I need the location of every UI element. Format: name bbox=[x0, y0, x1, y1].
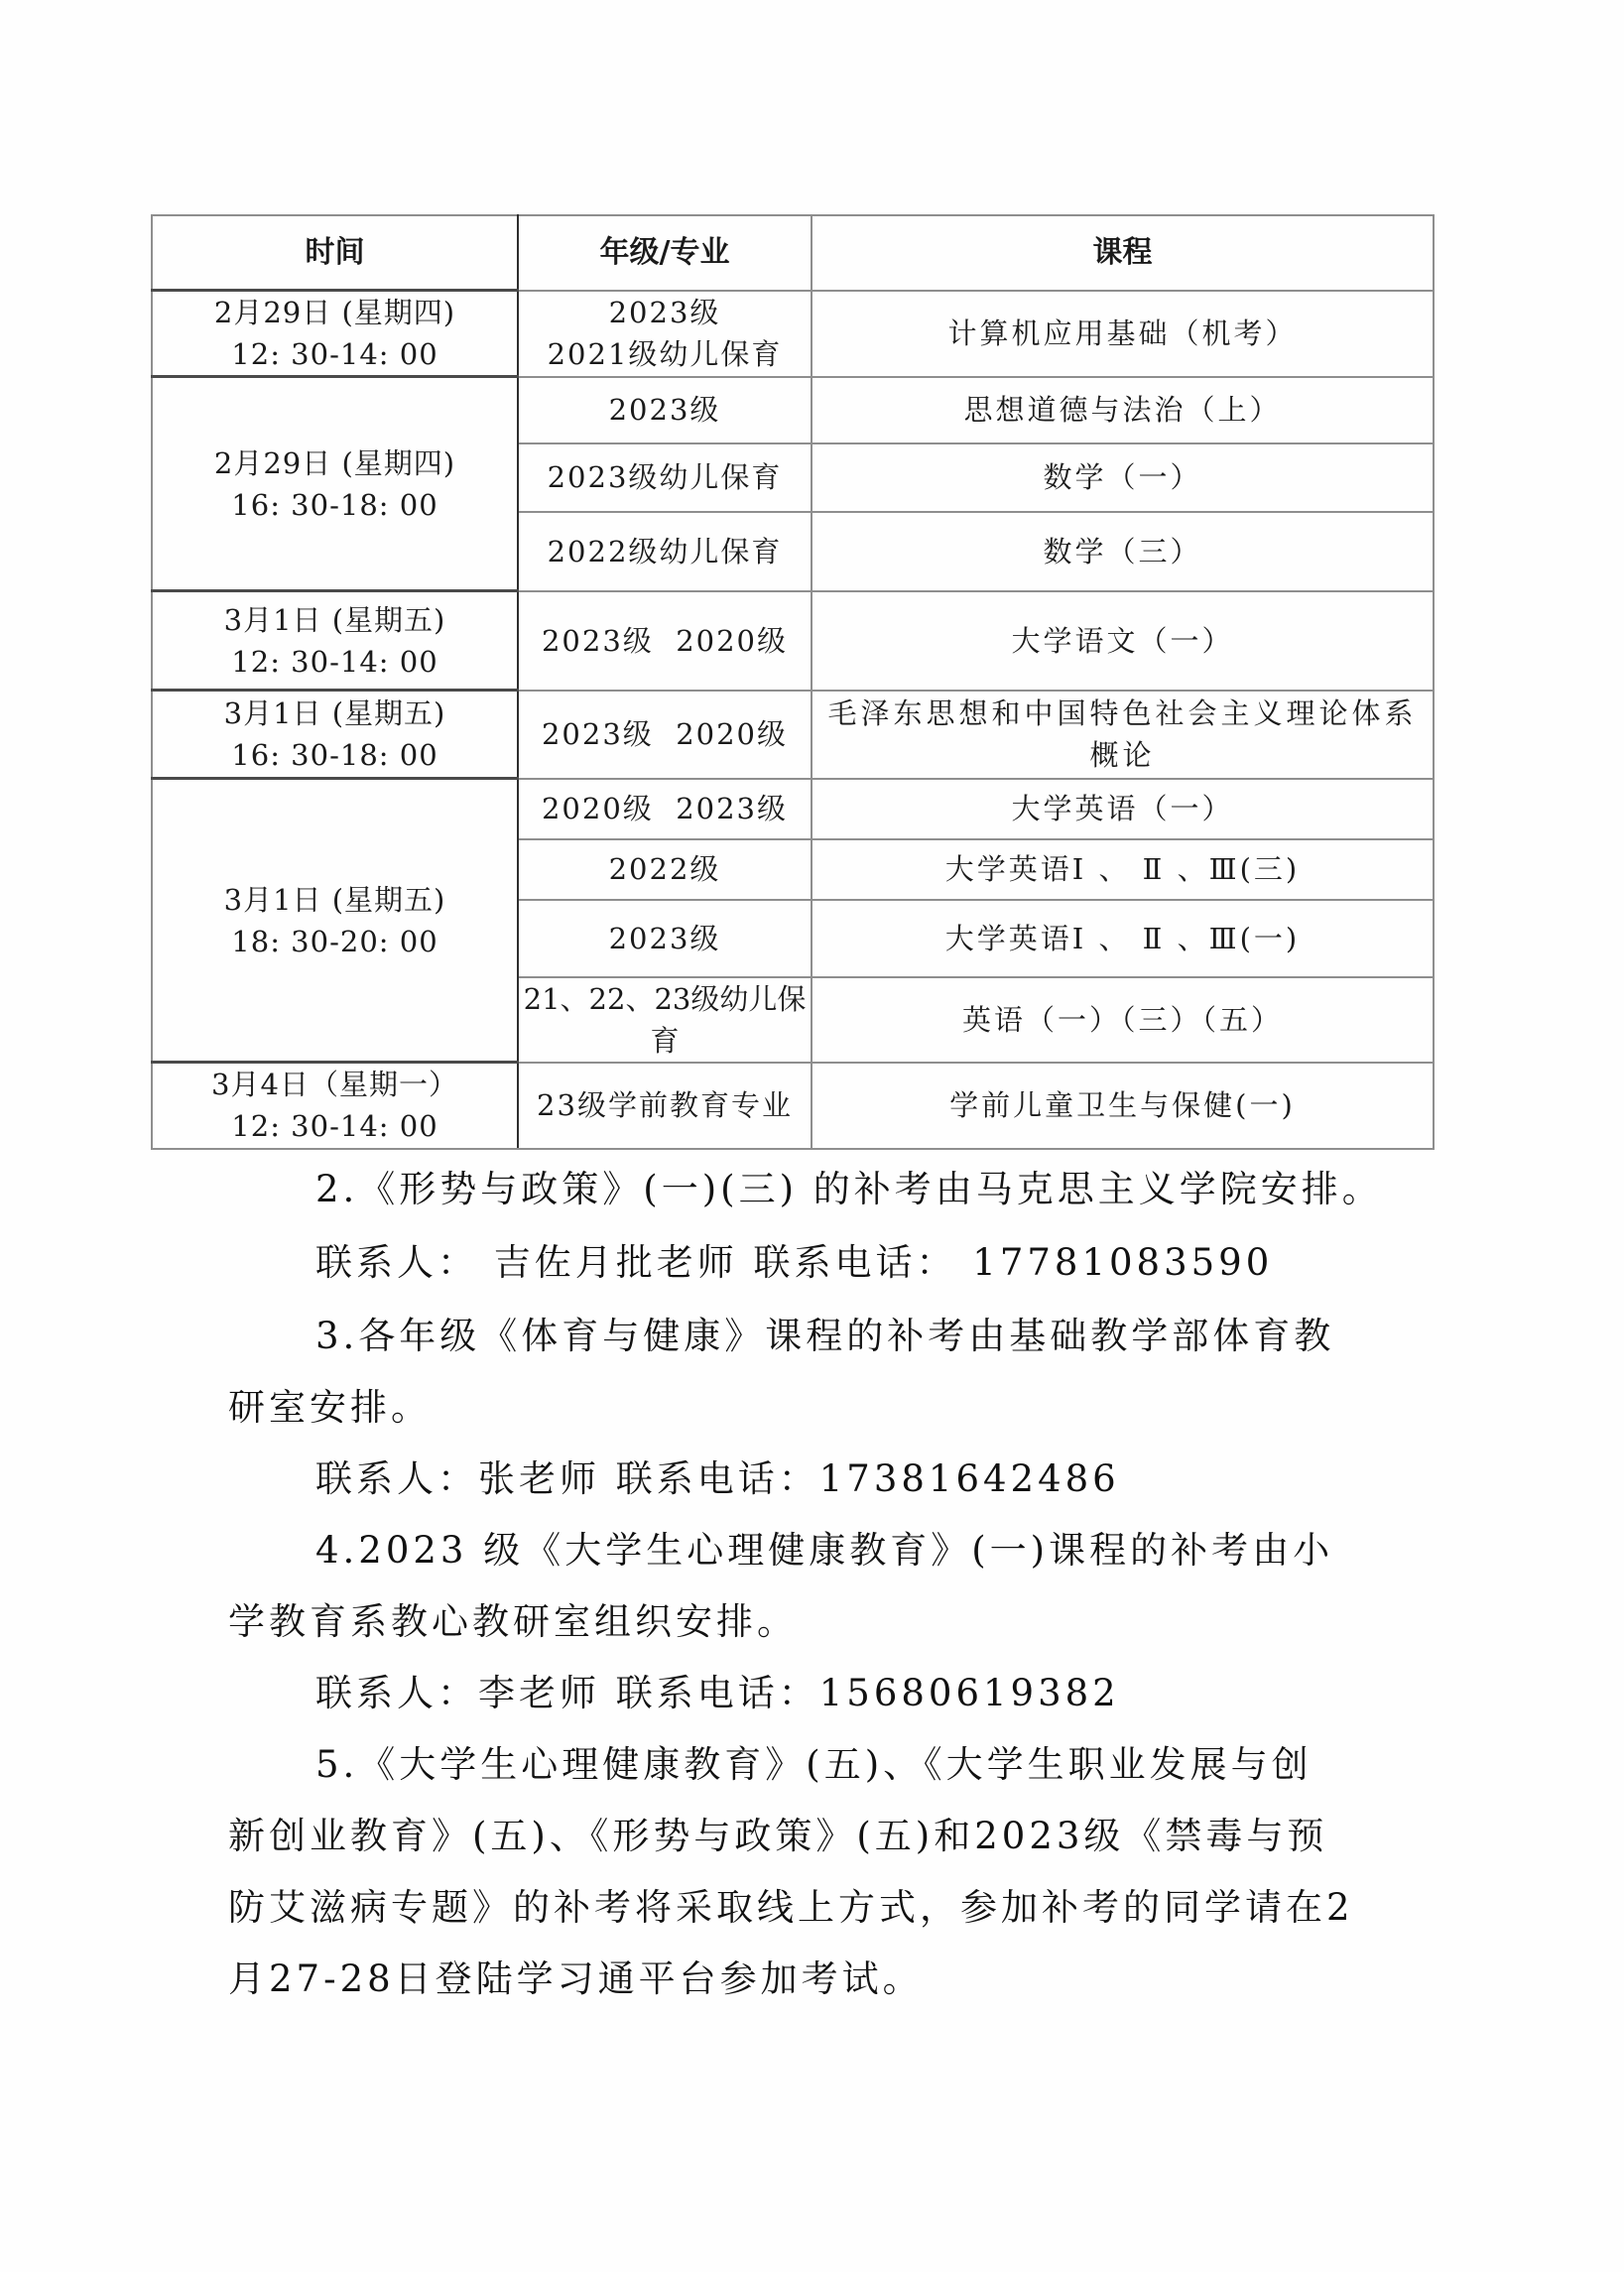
item-5-text-line2: 新创业教育》(五)、《形势与政策》(五)和2023级《禁毒与预 bbox=[228, 1806, 1327, 1859]
grade-cell: 2023级 bbox=[518, 900, 812, 977]
item-5-text-line1: 5.《大学生心理健康教育》(五)、《大学生职业发展与创 bbox=[315, 1734, 1312, 1788]
item-2-contact: 联系人： 吉佐月批老师 联系电话： 17781083590 bbox=[315, 1232, 1273, 1286]
table-header-row: 时间 年级/专业 课程 bbox=[152, 215, 1434, 291]
item-4-text-line2: 学教育系教心教研室组织安排。 bbox=[228, 1591, 798, 1645]
exam-time: 16: 30-18: 00 bbox=[157, 734, 513, 776]
exam-time: 16: 30-18: 00 bbox=[157, 484, 513, 526]
item-4-contact: 联系人：李老师 联系电话：15680619382 bbox=[315, 1663, 1120, 1716]
course-cell: 数学（一） bbox=[812, 443, 1434, 512]
grade-line: 2023级 bbox=[523, 292, 807, 333]
course-cell: 思想道德与法治（上） bbox=[812, 377, 1434, 443]
item-4-text-line1: 4.2023 级《大学生心理健康教育》(一)课程的补考由小 bbox=[315, 1520, 1333, 1574]
grade-cell: 2023级幼儿保育 bbox=[518, 443, 812, 512]
exam-date: 2月29日 (星期四) bbox=[157, 442, 513, 484]
course-cell: 大学英语Ⅰ 、 Ⅱ 、Ⅲ(一) bbox=[812, 900, 1434, 977]
grade-cell: 21、22、23级幼儿保育 bbox=[518, 977, 812, 1063]
item-3-text-line1: 3.各年级《体育与健康》课程的补考由基础教学部体育教 bbox=[315, 1306, 1334, 1359]
course-cell: 大学语文（一） bbox=[812, 591, 1434, 691]
time-cell: 3月1日 (星期五) 16: 30-18: 00 bbox=[152, 691, 518, 779]
course-cell: 计算机应用基础（机考） bbox=[812, 291, 1434, 377]
grade-cell: 23级学前教育专业 bbox=[518, 1063, 812, 1149]
course-line: 概论 bbox=[816, 734, 1429, 776]
time-cell: 2月29日 (星期四) 12: 30-14: 00 bbox=[152, 291, 518, 377]
exam-date: 3月1日 (星期五) bbox=[157, 693, 513, 734]
exam-time: 12: 30-14: 00 bbox=[157, 641, 513, 683]
course-cell: 毛泽东思想和中国特色社会主义理论体系 概论 bbox=[812, 691, 1434, 779]
course-cell: 学前儿童卫生与保健(一) bbox=[812, 1063, 1434, 1149]
grade-cell: 2022级 bbox=[518, 839, 812, 900]
item-3-text-line2: 研室安排。 bbox=[228, 1377, 432, 1431]
grade-cell: 2023级 bbox=[518, 377, 812, 443]
table-row: 3月4日（星期一） 12: 30-14: 00 23级学前教育专业 学前儿童卫生… bbox=[152, 1063, 1434, 1149]
grade-line: 2021级幼儿保育 bbox=[523, 333, 807, 375]
table-row: 2月29日 (星期四) 16: 30-18: 00 2023级 思想道德与法治（… bbox=[152, 377, 1434, 443]
exam-date: 3月1日 (星期五) bbox=[157, 879, 513, 921]
exam-date: 3月1日 (星期五) bbox=[157, 599, 513, 641]
course-cell: 大学英语Ⅰ 、 Ⅱ 、Ⅲ(三) bbox=[812, 839, 1434, 900]
document-page: 时间 年级/专业 课程 2月29日 (星期四) 12: 30-14: 00 20… bbox=[0, 0, 1624, 2272]
table-row: 2月29日 (星期四) 12: 30-14: 00 2023级 2021级幼儿保… bbox=[152, 291, 1434, 377]
exam-time: 18: 30-20: 00 bbox=[157, 921, 513, 962]
item-3-contact: 联系人：张老师 联系电话：17381642486 bbox=[315, 1449, 1120, 1502]
time-cell: 3月1日 (星期五) 18: 30-20: 00 bbox=[152, 779, 518, 1063]
course-cell: 大学英语（一） bbox=[812, 779, 1434, 839]
makeup-exam-schedule-table: 时间 年级/专业 课程 2月29日 (星期四) 12: 30-14: 00 20… bbox=[151, 214, 1435, 1150]
exam-time: 12: 30-14: 00 bbox=[157, 1105, 513, 1147]
item-5-text-line4: 月27-28日登陆学习通平台参加考试。 bbox=[228, 1949, 924, 2002]
header-grade: 年级/专业 bbox=[518, 215, 812, 291]
grade-cell: 2022级幼儿保育 bbox=[518, 512, 812, 591]
item-5-text-line3: 防艾滋病专题》的补考将采取线上方式，参加补考的同学请在2 bbox=[228, 1877, 1354, 1931]
grade-cell: 2023级 2020级 bbox=[518, 591, 812, 691]
header-course: 课程 bbox=[812, 215, 1434, 291]
grade-cell: 2023级 2020级 bbox=[518, 691, 812, 779]
exam-time: 12: 30-14: 00 bbox=[157, 333, 513, 375]
time-cell: 2月29日 (星期四) 16: 30-18: 00 bbox=[152, 377, 518, 591]
table-row: 3月1日 (星期五) 18: 30-20: 00 2020级 2023级 大学英… bbox=[152, 779, 1434, 839]
course-line: 毛泽东思想和中国特色社会主义理论体系 bbox=[816, 693, 1429, 734]
time-cell: 3月4日（星期一） 12: 30-14: 00 bbox=[152, 1063, 518, 1149]
table-row: 3月1日 (星期五) 16: 30-18: 00 2023级 2020级 毛泽东… bbox=[152, 691, 1434, 779]
course-cell: 数学（三） bbox=[812, 512, 1434, 591]
course-cell: 英语（一）（三）（五） bbox=[812, 977, 1434, 1063]
item-2-text: 2.《形势与政策》(一)(三) 的补考由马克思主义学院安排。 bbox=[315, 1159, 1383, 1212]
exam-date: 3月4日（星期一） bbox=[157, 1064, 513, 1105]
time-cell: 3月1日 (星期五) 12: 30-14: 00 bbox=[152, 591, 518, 691]
header-time: 时间 bbox=[152, 215, 518, 291]
grade-cell: 2023级 2021级幼儿保育 bbox=[518, 291, 812, 377]
exam-date: 2月29日 (星期四) bbox=[157, 292, 513, 333]
grade-cell: 2020级 2023级 bbox=[518, 779, 812, 839]
table-row: 3月1日 (星期五) 12: 30-14: 00 2023级 2020级 大学语… bbox=[152, 591, 1434, 691]
